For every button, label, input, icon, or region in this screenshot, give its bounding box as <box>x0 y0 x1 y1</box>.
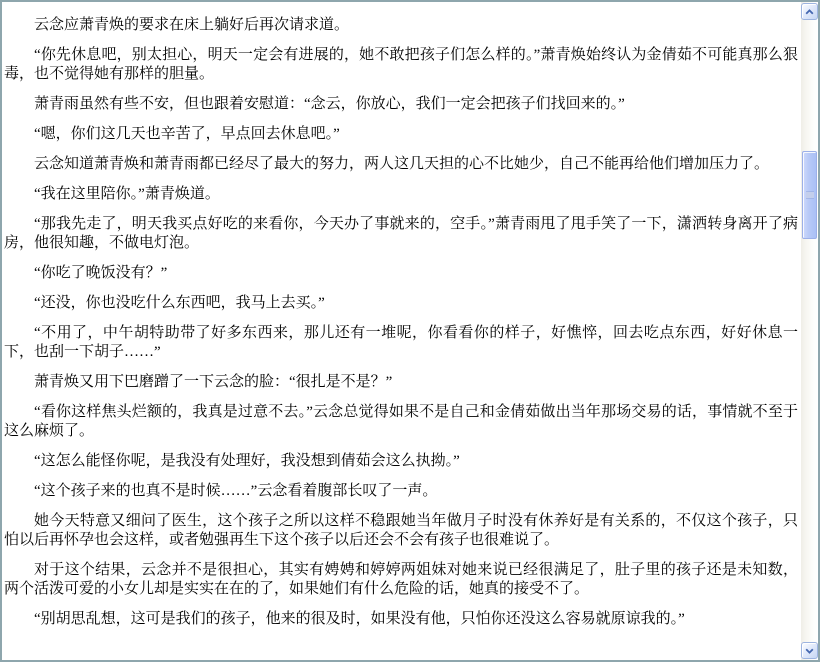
paragraph: 云念应萧青焕的要求在床上躺好后再次请求道。 <box>4 16 798 35</box>
paragraph: 她今天特意又细问了医生，这个孩子之所以这样不稳跟她当年做月子时没有休养好是有关系… <box>4 512 798 550</box>
text-viewer-pane: 云念应萧青焕的要求在床上躺好后再次请求道。 “你先休息吧，别太担心，明天一定会有… <box>0 0 820 662</box>
scrollbar-track[interactable] <box>801 20 818 642</box>
paragraph: “你先休息吧，别太担心，明天一定会有进展的，她不敢把孩子们怎么样的。”萧青焕始终… <box>4 46 798 84</box>
vertical-scrollbar[interactable] <box>801 2 818 660</box>
paragraph: “我在这里陪你。”萧青焕道。 <box>4 185 798 204</box>
paragraph: “这怎么能怪你呢，是我没有处理好，我没想到倩茹会这么执拗。” <box>4 452 798 471</box>
paragraph: 云念知道萧青焕和萧青雨都已经尽了最大的努力，两人这几天担的心不比她少，自己不能再… <box>4 155 798 174</box>
scroll-up-button[interactable] <box>801 3 818 20</box>
scrollbar-grip-icon <box>806 192 814 199</box>
chevron-down-icon <box>805 648 814 654</box>
paragraph: 萧青焕又用下巴磨蹭了一下云念的脸：“很扎是不是？” <box>4 373 798 392</box>
paragraph: “别胡思乱想，这可是我们的孩子，他来的很及时，如果没有他，只怕你还没这么容易就原… <box>4 610 798 629</box>
chevron-up-icon <box>805 9 814 15</box>
paragraph: “你吃了晚饭没有？” <box>4 264 798 283</box>
paragraph: “看你这样焦头烂额的，我真是过意不去。”云念总觉得如果不是自己和金倩茹做出当年那… <box>4 403 798 441</box>
scroll-down-button[interactable] <box>801 642 818 659</box>
paragraph: 萧青雨虽然有些不安，但也跟着安慰道：“念云，你放心，我们一定会把孩子们找回来的。… <box>4 95 798 114</box>
novel-text-content[interactable]: 云念应萧青焕的要求在床上躺好后再次请求道。 “你先休息吧，别太担心，明天一定会有… <box>2 2 801 660</box>
paragraph: “这个孩子来的也真不是时候……”云念看着腹部长叹了一声。 <box>4 482 798 501</box>
paragraph: “嗯，你们这几天也辛苦了，早点回去休息吧。” <box>4 125 798 144</box>
paragraph: “那我先走了，明天我买点好吃的来看你，今天办了事就来的，空手。”萧青雨甩了甩手笑… <box>4 215 798 253</box>
paragraph: “不用了，中午胡特助带了好多东西来，那儿还有一堆呢，你看看你的样子，好憔悴，回去… <box>4 324 798 362</box>
scrollbar-thumb[interactable] <box>802 151 817 239</box>
paragraph: 对于这个结果，云念并不是很担心，其实有娉娉和婷婷两姐妹对她来说已经很满足了，肚子… <box>4 561 798 599</box>
paragraph: “还没，你也没吃什么东西吧，我马上去买。” <box>4 294 798 313</box>
